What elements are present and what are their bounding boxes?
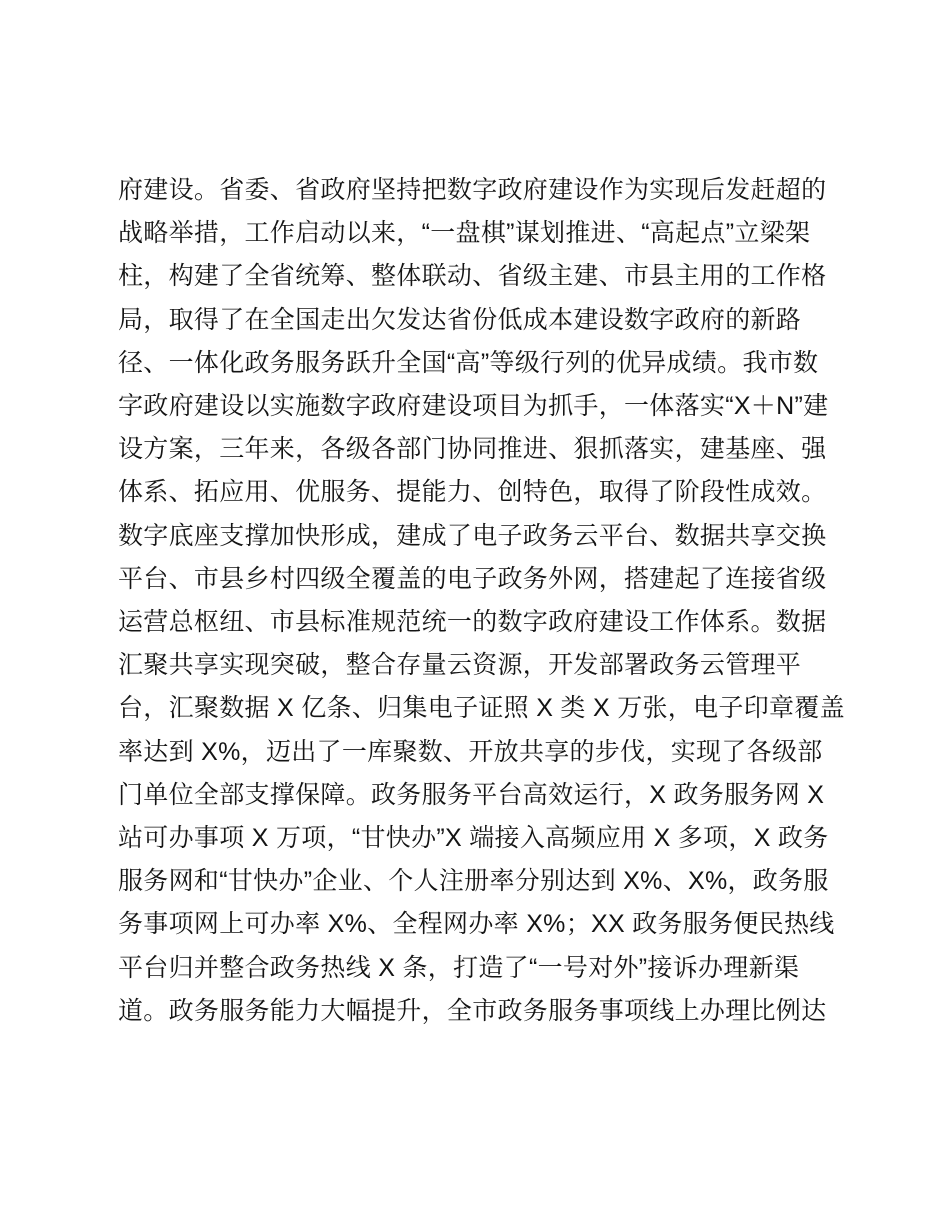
- text-line: 道。政务服务能力大幅提升，全市政务服务事项线上办理比例达: [118, 990, 878, 1033]
- text-line: 门单位全部支撑保障。政务服务平台高效运行，X 政务服务网 X: [118, 774, 878, 817]
- text-line: 柱，构建了全省统筹、整体联动、省级主建、市县主用的工作格: [118, 255, 878, 298]
- text-line: 平台归并整合政务热线 X 条，打造了“一号对外”接诉办理新渠: [118, 947, 878, 990]
- text-line: 局，取得了在全国走出欠发达省份低成本建设数字政府的新路: [118, 299, 878, 342]
- text-line: 台，汇聚数据 X 亿条、归集电子证照 X 类 X 万张，电子印章覆盖: [118, 687, 878, 730]
- text-line: 径、一体化政务服务跃升全国“高”等级行列的优异成绩。我市数: [118, 342, 878, 385]
- text-line: 运营总枢纽、市县标准规范统一的数字政府建设工作体系。数据: [118, 601, 878, 644]
- text-line: 站可办事项 X 万项，“甘快办”X 端接入高频应用 X 多项，X 政务: [118, 817, 878, 860]
- text-line: 率达到 X%，迈出了一库聚数、开放共享的步伐，实现了各级部: [118, 731, 878, 774]
- text-line: 体系、拓应用、优服务、提能力、创特色，取得了阶段性成效。: [118, 471, 878, 514]
- text-line: 汇聚共享实现突破，整合存量云资源，开发部署政务云管理平: [118, 644, 878, 687]
- text-line: 平台、市县乡村四级全覆盖的电子政务外网，搭建起了连接省级: [118, 558, 878, 601]
- text-line: 字政府建设以实施数字政府建设项目为抓手，一体落实“X＋N”建: [118, 385, 878, 428]
- text-line: 数字底座支撑加快形成，建成了电子政务云平台、数据共享交换: [118, 515, 878, 558]
- text-line: 务事项网上可办率 X%、全程网办率 X%；XX 政务服务便民热线: [118, 903, 878, 946]
- text-line: 府建设。省委、省政府坚持把数字政府建设作为实现后发赶超的: [118, 169, 878, 212]
- document-page: 府建设。省委、省政府坚持把数字政府建设作为实现后发赶超的 战略举措，工作启动以来…: [0, 0, 950, 1230]
- text-line: 战略举措，工作启动以来，“一盘棋”谋划推进、“高起点”立梁架: [118, 212, 878, 255]
- text-line: 设方案，三年来，各级各部门协同推进、狠抓落实，建基座、强: [118, 428, 878, 471]
- text-line: 服务网和“甘快办”企业、个人注册率分别达到 X%、X%，政务服: [118, 860, 878, 903]
- paragraph-continuation: 府建设。省委、省政府坚持把数字政府建设作为实现后发赶超的 战略举措，工作启动以来…: [118, 169, 878, 1033]
